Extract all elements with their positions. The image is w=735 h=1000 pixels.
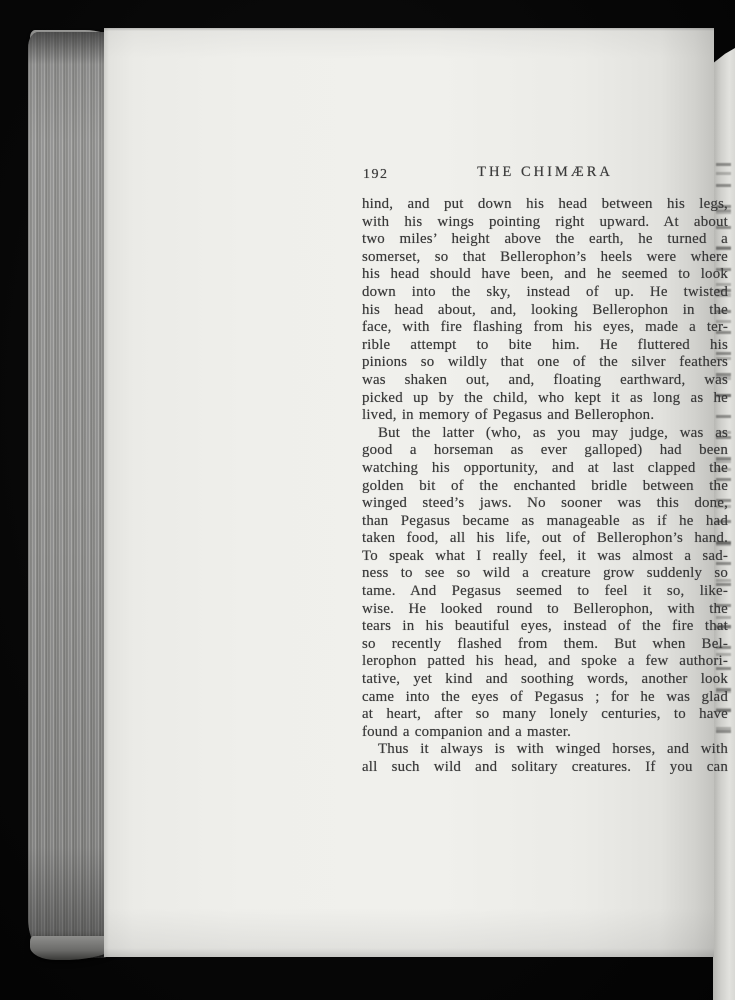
text-line: pinions so wildly that one of the silver… [362, 354, 728, 372]
text-line: lived, in memory of Pegasus and Bellerop… [362, 407, 728, 425]
text-line: tame. And Pegasus seemed to feel it so, … [362, 583, 728, 601]
text-line: down into the sky, instead of up. He twi… [362, 284, 728, 302]
text-line: ness to see so wild a creature grow sudd… [362, 565, 728, 583]
text-line: To speak what I really feel, it was almo… [362, 548, 728, 566]
text-line: golden bit of the enchanted bridle betwe… [362, 478, 728, 496]
text-line: somerset, so that Bellerophon’s heels we… [362, 249, 728, 267]
running-header: 192 THE CHIMÆRA [362, 164, 728, 183]
text-line: tative, yet kind and soothing words, ano… [362, 671, 728, 689]
text-line: his head should have been, and he seemed… [362, 266, 728, 284]
text-line: lerophon patted his head, and spoke a fe… [362, 653, 728, 671]
text-line: his head about, and, looking Bellerophon… [362, 302, 728, 320]
text-line: But the latter (who, as you may judge, w… [362, 425, 728, 443]
body-text: hind, and put down his head between his … [362, 196, 728, 777]
text-line: came into the eyes of Pegasus ; for he w… [362, 689, 728, 707]
text-line: wise. He looked round to Bellerophon, wi… [362, 601, 728, 619]
text-line: taken food, all his life, out of Bellero… [362, 530, 728, 548]
chapter-title: THE CHIMÆRA [362, 164, 728, 181]
text-line: tears in his beautiful eyes, instead of … [362, 618, 728, 636]
printed-text-block: 192 THE CHIMÆRA hind, and put down his h… [362, 164, 728, 777]
text-line: watching his opportunity, and at last cl… [362, 460, 728, 478]
text-line: winged steed’s jaws. No sooner was this … [362, 495, 728, 513]
book-scan-photo: 192 THE CHIMÆRA hind, and put down his h… [0, 0, 735, 1000]
text-line: rible attempt to bite him. He fluttered … [362, 337, 728, 355]
text-line: Thus it always is with winged horses, an… [362, 741, 728, 759]
page-stack-fore-edge [28, 32, 106, 958]
text-line: at heart, after so many lonely centuries… [362, 706, 728, 724]
text-line: than Pegasus became as manageable as if … [362, 513, 728, 531]
text-line: hind, and put down his head between his … [362, 196, 728, 214]
text-line: two miles’ height above the earth, he tu… [362, 231, 728, 249]
text-line: so recently flashed from them. But when … [362, 636, 728, 654]
book-page: 192 THE CHIMÆRA hind, and put down his h… [104, 28, 714, 957]
text-line: found a companion and a master. [362, 724, 728, 742]
text-line: picked up by the child, who kept it as l… [362, 390, 728, 408]
text-line: all such wild and solitary creatures. If… [362, 759, 728, 777]
text-line: was shaken out, and, floating earthward,… [362, 372, 728, 390]
text-line: with his wings pointing right upward. At… [362, 214, 728, 232]
text-line: good a horseman as ever galloped) had be… [362, 442, 728, 460]
text-line: face, with fire flashing from his eyes, … [362, 319, 728, 337]
page-number: 192 [363, 167, 389, 183]
